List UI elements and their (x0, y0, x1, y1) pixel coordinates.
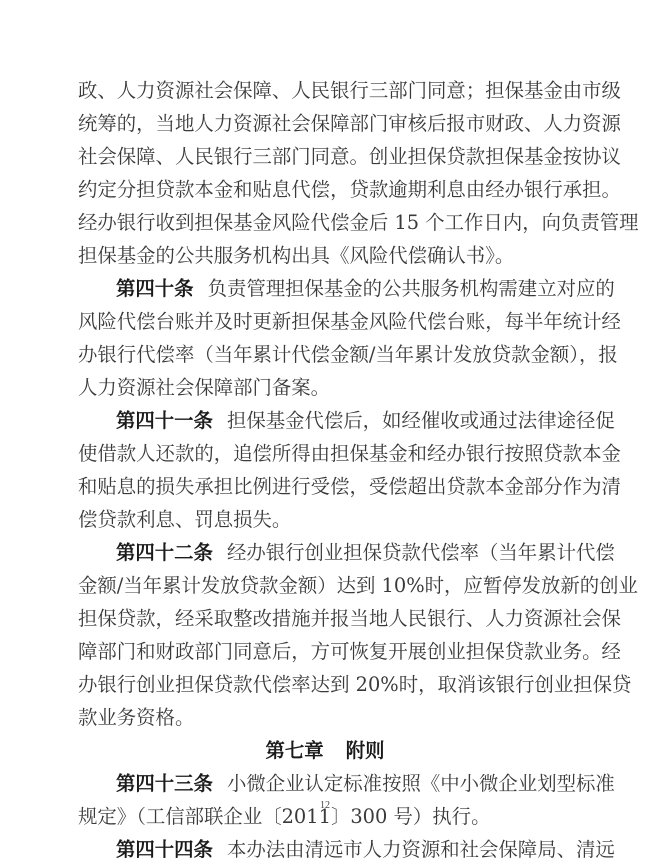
article-41: 第四十一条担保基金代偿后，如经催收或通过法律途径促 使借款人还款的，追偿所得由担… (78, 404, 572, 536)
text-line: 风险代偿台账并及时更新担保基金风险代偿台账，每半年统计经 (78, 305, 572, 338)
chapter-heading: 第七章附则 (78, 734, 572, 767)
page-number: 12 (0, 800, 650, 811)
chapter-number: 第七章 (266, 739, 324, 762)
article-label: 第四十三条 (116, 772, 213, 795)
article-text: 本办法由清远市人力资源和社会保障局、清远 (227, 838, 615, 858)
text-line: 使借款人还款的，追偿所得由担保基金和经办银行按照贷款本金 (78, 437, 572, 470)
document-page: 政、人力资源社会保障、人民银行三部门同意；担保基金由市级 统筹的，当地人力资源社… (0, 0, 650, 858)
article-40: 第四十条负责管理担保基金的公共服务机构需建立对应的 风险代偿台账并及时更新担保基… (78, 272, 572, 404)
article-text: 负责管理担保基金的公共服务机构需建立对应的 (208, 277, 615, 300)
article-first-line: 第四十二条经办银行创业担保贷款代偿率（当年累计代偿 (78, 536, 572, 569)
article-label: 第四十二条 (116, 541, 213, 564)
article-first-line: 第四十一条担保基金代偿后，如经催收或通过法律途径促 (78, 404, 572, 437)
article-42: 第四十二条经办银行创业担保贷款代偿率（当年累计代偿 金额/当年累计发放贷款金额）… (78, 536, 572, 734)
article-first-line: 第四十三条小微企业认定标准按照《中小微企业划型标准 (78, 767, 572, 800)
page-content: 政、人力资源社会保障、人民银行三部门同意；担保基金由市级 统筹的，当地人力资源社… (78, 74, 572, 858)
text-line: 和贴息的损失承担比例进行受偿，受偿超出贷款本金部分作为清 (78, 470, 572, 503)
text-line: 统筹的，当地人力资源社会保障部门审核后报市财政、人力资源 (78, 107, 572, 140)
text-line: 约定分担贷款本金和贴息代偿，贷款逾期利息由经办银行承担。 (78, 173, 572, 206)
text-line: 障部门和财政部门同意后，方可恢复开展创业担保贷款业务。经 (78, 635, 572, 668)
text-line: 办银行创业担保贷款代偿率达到 20%时，取消该银行创业担保贷 (78, 668, 572, 701)
article-first-line: 第四十四条本办法由清远市人力资源和社会保障局、清远 (78, 833, 572, 858)
text-line: 经办银行收到担保基金风险代偿金后 15 个工作日内，向负责管理 (78, 206, 572, 239)
chapter-title: 附则 (346, 739, 385, 762)
article-label: 第四十四条 (116, 838, 213, 858)
article-text: 经办银行创业担保贷款代偿率（当年累计代偿 (227, 541, 615, 564)
text-line: 偿贷款利息、罚息损失。 (78, 503, 572, 536)
article-first-line: 第四十条负责管理担保基金的公共服务机构需建立对应的 (78, 272, 572, 305)
article-text: 小微企业认定标准按照《中小微企业划型标准 (227, 772, 615, 795)
article-44: 第四十四条本办法由清远市人力资源和社会保障局、清远 (78, 833, 572, 858)
text-line: 政、人力资源社会保障、人民银行三部门同意；担保基金由市级 (78, 74, 572, 107)
text-line: 款业务资格。 (78, 701, 572, 734)
paragraph-continuation: 政、人力资源社会保障、人民银行三部门同意；担保基金由市级 统筹的，当地人力资源社… (78, 74, 572, 272)
text-line: 担保贷款，经采取整改措施并报当地人民银行、人力资源社会保 (78, 602, 572, 635)
text-line: 金额/当年累计发放贷款金额）达到 10%时，应暂停发放新的创业 (78, 569, 572, 602)
article-label: 第四十条 (116, 277, 194, 300)
article-label: 第四十一条 (116, 409, 213, 432)
text-line: 人力资源社会保障部门备案。 (78, 371, 572, 404)
text-line: 办银行代偿率（当年累计代偿金额/当年累计发放贷款金额），报 (78, 338, 572, 371)
text-line: 社会保障、人民银行三部门同意。创业担保贷款担保基金按协议 (78, 140, 572, 173)
article-text: 担保基金代偿后，如经催收或通过法律途径促 (227, 409, 615, 432)
text-line: 担保基金的公共服务机构出具《风险代偿确认书》。 (78, 239, 572, 272)
